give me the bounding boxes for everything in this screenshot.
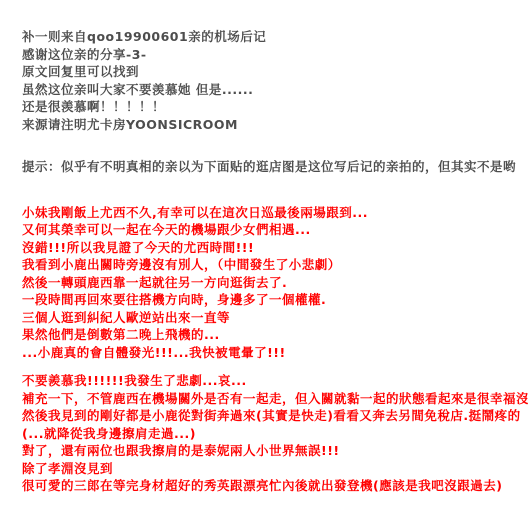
body-line: 不要羨慕我!!!!!!我發生了悲劇...哀... bbox=[22, 372, 518, 390]
body-line: 沒錯!!!所以我見證了今天的尤西時間!!! bbox=[22, 239, 518, 257]
body-paragraph-1: 小妹我剛飯上尤西不久,有幸可以在這次日巡最後兩場跟到... 又何其榮幸可以一起在… bbox=[22, 204, 518, 362]
header-line: 感谢这位亲的分享-3- bbox=[22, 46, 518, 64]
forum-post: 补一则来自qoo19900601亲的机场后记 感谢这位亲的分享-3- 原文回复里… bbox=[0, 0, 528, 505]
body-line: 除了孝淵沒見到 bbox=[22, 460, 518, 478]
body-line: 果然他們是倒數第二晚上飛機的... bbox=[22, 326, 518, 344]
body-line: 補充一下，不管鹿西在機場關外是否有一起走，但入關就黏一起的狀態看起來是很幸福沒錯… bbox=[22, 390, 518, 408]
post-body: 小妹我剛飯上尤西不久,有幸可以在這次日巡最後兩場跟到... 又何其榮幸可以一起在… bbox=[22, 204, 518, 495]
body-line: (...就降從我身邊擦肩走過...) bbox=[22, 425, 518, 443]
header-line: 虽然这位亲叫大家不要羡慕她 但是...... bbox=[22, 81, 518, 99]
body-line: 三個人逛到糾紀人歐逆站出來一直等 bbox=[22, 309, 518, 327]
body-line: 小妹我剛飯上尤西不久,有幸可以在這次日巡最後兩場跟到... bbox=[22, 204, 518, 222]
body-line: 然後一轉頭鹿西靠一起就往另一方向逛街去了. bbox=[22, 274, 518, 292]
body-line: 然後我見到的剛好都是小鹿從對街奔過來(其實是快走)看看又奔去另間免稅店.挺鬧疼的 bbox=[22, 407, 518, 425]
body-paragraph-2: 不要羨慕我!!!!!!我發生了悲劇...哀... 補充一下，不管鹿西在機場關外是… bbox=[22, 372, 518, 495]
body-line: 一段時間再回來要往搭機方向時，身邊多了一個權權. bbox=[22, 291, 518, 309]
body-line: ...小鹿真的會自體發光!!!...我快被電暈了!!! bbox=[22, 344, 518, 362]
header-line: 原文回复里可以找到 bbox=[22, 63, 518, 81]
header-line: 补一则来自qoo19900601亲的机场后记 bbox=[22, 28, 518, 46]
post-header: 补一则来自qoo19900601亲的机场后记 感谢这位亲的分享-3- 原文回复里… bbox=[22, 28, 518, 133]
body-line: 又何其榮幸可以一起在今天的機場跟少女們相遇... bbox=[22, 221, 518, 239]
body-line: 我看到小鹿出關時旁邊沒有別人，（中間發生了小悲劇） bbox=[22, 256, 518, 274]
body-line: 對了，還有兩位也跟我擦肩的是泰妮兩人小世界無誤!!! bbox=[22, 442, 518, 460]
header-line: 还是很羡慕啊！！！！！ bbox=[22, 98, 518, 116]
header-source-credit: 来源请注明尤卡房YOONSICROOM bbox=[22, 116, 518, 134]
body-line: 很可愛的三郎在等完身材超好的秀英跟漂亮忙內後就出發登機(應該是我吧沒跟過去) bbox=[22, 477, 518, 495]
tip-note: 提示：似乎有不明真相的亲以为下面贴的逛店图是这位写后记的亲拍的，但其实不是哟 bbox=[22, 158, 518, 176]
